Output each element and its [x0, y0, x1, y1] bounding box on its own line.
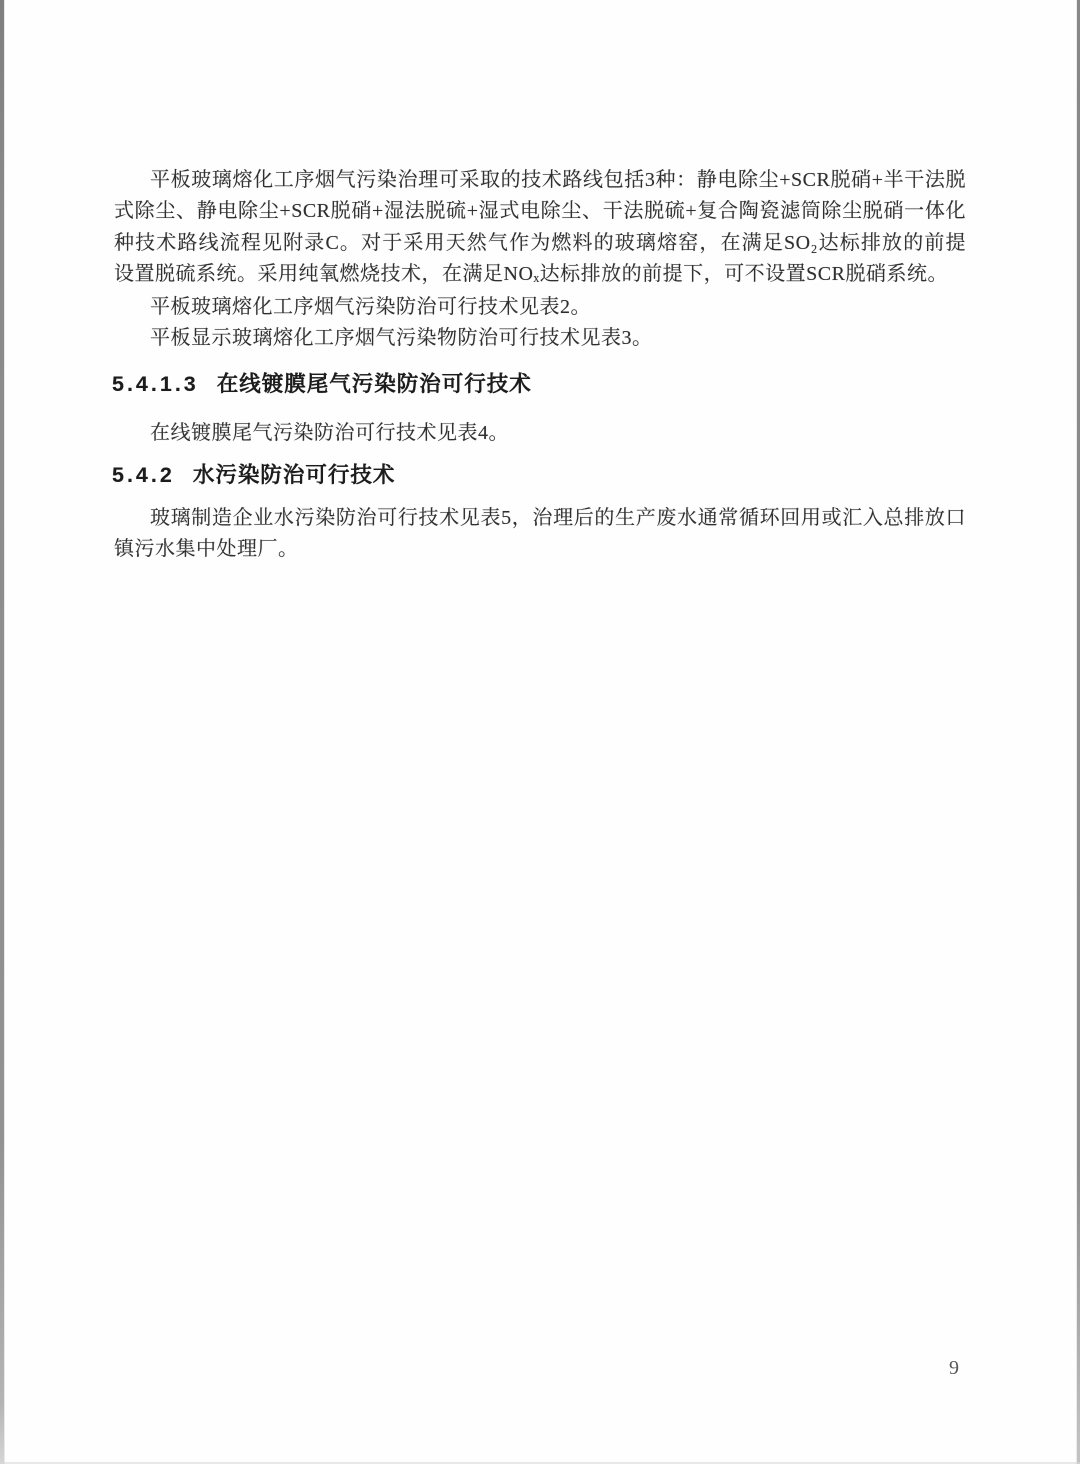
text-line: 平板玻璃熔化工序烟气污染防治可行技术见表2。: [114, 292, 966, 323]
paragraph-display-glass-table3: 平板显示玻璃熔化工序烟气污染物防治可行技术见表3。: [114, 323, 966, 354]
text-line: 镇污水集中处理厂。: [114, 534, 966, 565]
text-line: 平板玻璃熔化工序烟气污染治理可采取的技术路线包括3种：静电除尘+SCR脱硝+半干…: [114, 165, 966, 196]
paragraph-coating-table4: 在线镀膜尾气污染防治可行技术见表4。: [114, 418, 966, 449]
text-line: 在线镀膜尾气污染防治可行技术见表4。: [114, 418, 966, 449]
heading-title: 在线镀膜尾气污染防治可行技术: [217, 372, 532, 396]
text-line: 设置脱硫系统。采用纯氧燃烧技术，在满足NOₓ达标排放的前提下，可不设置SCR脱硝…: [114, 259, 966, 290]
paragraph-water-pollution-table5: 玻璃制造企业水污染防治可行技术见表5，治理后的生产废水通常循环回用或汇入总排放口…: [114, 503, 966, 566]
text-line: 种技术路线流程见附录C。对于采用天然气作为燃料的玻璃熔窑，在满足SO₂达标排放的…: [114, 228, 966, 259]
heading-number: 5.4.2: [112, 463, 175, 487]
page-number: 9: [936, 1357, 972, 1380]
text-line: 平板显示玻璃熔化工序烟气污染物防治可行技术见表3。: [114, 323, 966, 354]
scan-edge-right: [1076, 0, 1080, 1464]
scanned-document-page: { "document": { "paragraph1": { "lines":…: [0, 0, 1080, 1464]
paragraph-flue-gas-treatment-routes: 平板玻璃熔化工序烟气污染治理可采取的技术路线包括3种：静电除尘+SCR脱硝+半干…: [114, 165, 966, 291]
paragraph-flat-glass-table2: 平板玻璃熔化工序烟气污染防治可行技术见表2。: [114, 292, 966, 323]
section-heading-5-4-2: 5.4.2水污染防治可行技术: [112, 461, 964, 489]
heading-title: 水污染防治可行技术: [193, 463, 396, 487]
heading-number: 5.4.1.3: [112, 372, 199, 396]
scan-edge-left: [0, 0, 5, 1464]
text-line: 式除尘、静电除尘+SCR脱硝+湿法脱硫+湿式电除尘、干法脱硫+复合陶瓷滤筒除尘脱…: [114, 196, 966, 227]
section-heading-5-4-1-3: 5.4.1.3在线镀膜尾气污染防治可行技术: [112, 370, 964, 398]
text-line: 玻璃制造企业水污染防治可行技术见表5，治理后的生产废水通常循环回用或汇入总排放口…: [114, 503, 966, 534]
